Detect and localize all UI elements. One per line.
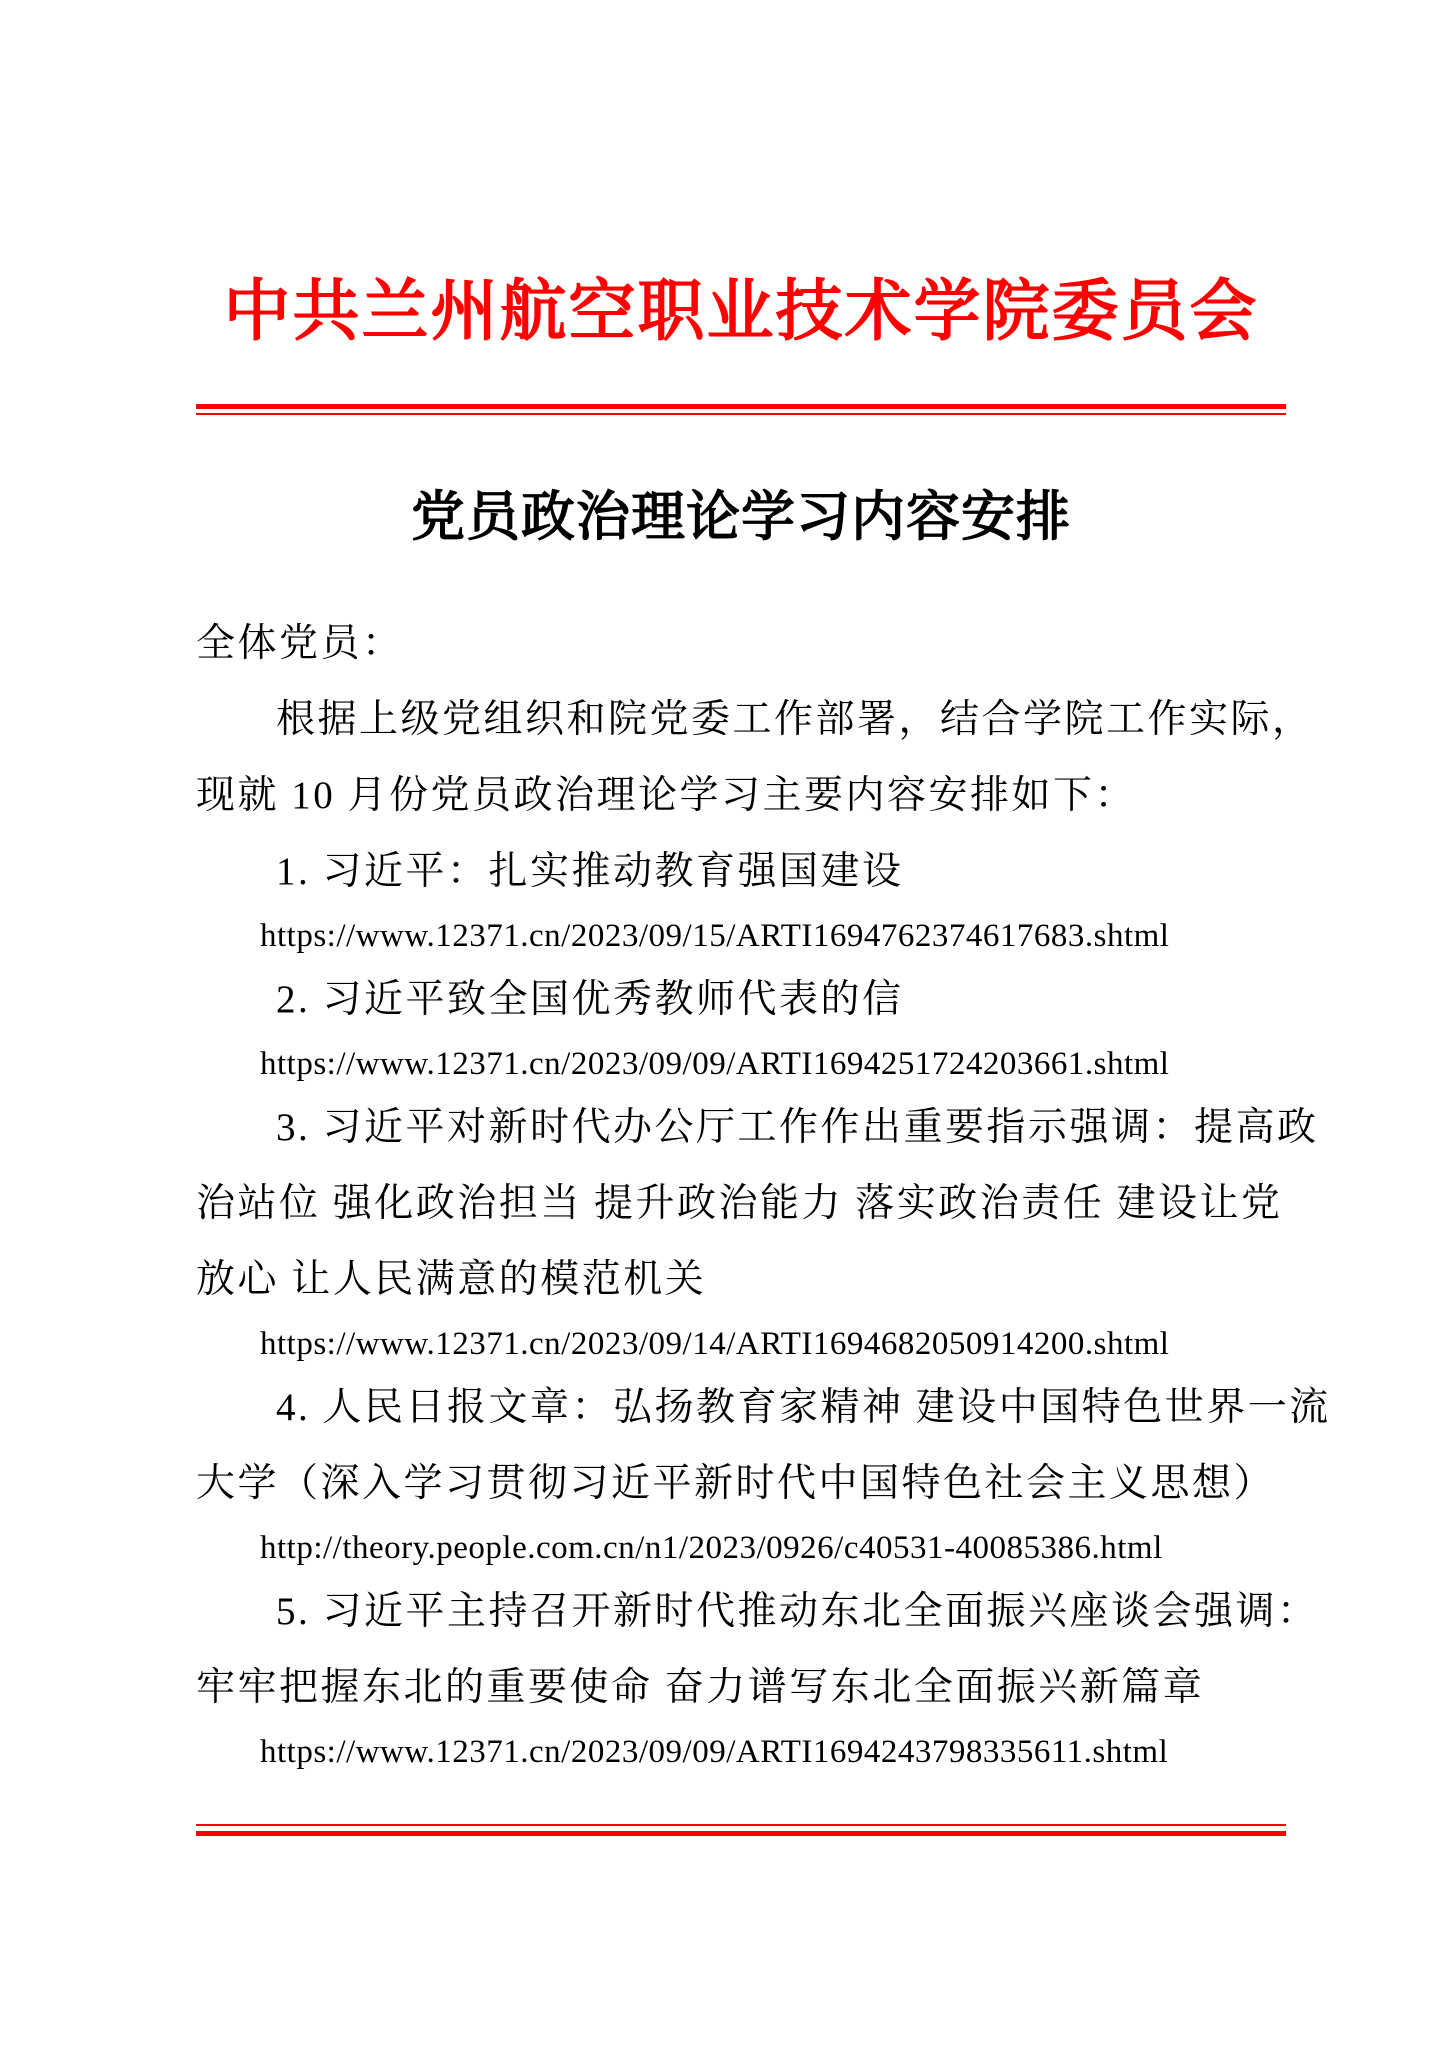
document-body: 全体党员： 根据上级党组织和院党委工作部署，结合学院工作实际， 现就 10 月份…: [196, 606, 1286, 1778]
item-5-title-line: 牢牢把握东北的重要使命 奋力谱写东北全面振兴新篇章: [196, 1650, 1286, 1726]
item-5-title-line: 5. 习近平主持召开新时代推动东北全面振兴座谈会强调：: [196, 1574, 1286, 1650]
item-3-title-line: 放心 让人民满意的模范机关: [196, 1242, 1286, 1318]
document-page: 中共兰州航空职业技术学院委员会 党员政治理论学习内容安排 全体党员： 根据上级党…: [0, 0, 1453, 2058]
item-5-url: https://www.12371.cn/2023/09/09/ARTI1694…: [196, 1726, 1286, 1778]
item-3-title-line: 3. 习近平对新时代办公厅工作作出重要指示强调：提高政: [196, 1090, 1286, 1166]
item-4-url: http://theory.people.com.cn/n1/2023/0926…: [196, 1522, 1286, 1574]
rule-thin-line: [196, 413, 1286, 415]
letterhead-org-name: 中共兰州航空职业技术学院委员会: [196, 258, 1286, 366]
footer-double-rule-bottom: [196, 1824, 1286, 1836]
item-2-url: https://www.12371.cn/2023/09/09/ARTI1694…: [196, 1038, 1286, 1090]
item-3-title-line: 治站位 强化政治担当 提升政治能力 落实政治责任 建设让党: [196, 1166, 1286, 1242]
item-1-url: https://www.12371.cn/2023/09/15/ARTI1694…: [196, 910, 1286, 962]
salutation-line: 全体党员：: [196, 606, 1286, 682]
intro-line: 现就 10 月份党员政治理论学习主要内容安排如下：: [196, 758, 1286, 834]
rule-thick-line: [196, 1831, 1286, 1836]
item-2-title-line: 2. 习近平致全国优秀教师代表的信: [196, 962, 1286, 1038]
letterhead-double-rule-top: [196, 404, 1286, 415]
item-3-url: https://www.12371.cn/2023/09/14/ARTI1694…: [196, 1318, 1286, 1370]
item-1-title-line: 1. 习近平：扎实推动教育强国建设: [196, 834, 1286, 910]
intro-line: 根据上级党组织和院党委工作部署，结合学院工作实际，: [196, 682, 1286, 758]
document-title: 党员政治理论学习内容安排: [196, 478, 1286, 556]
item-4-title-line: 大学（深入学习贯彻习近平新时代中国特色社会主义思想）: [196, 1446, 1286, 1522]
item-4-title-line: 4. 人民日报文章：弘扬教育家精神 建设中国特色世界一流: [196, 1370, 1286, 1446]
